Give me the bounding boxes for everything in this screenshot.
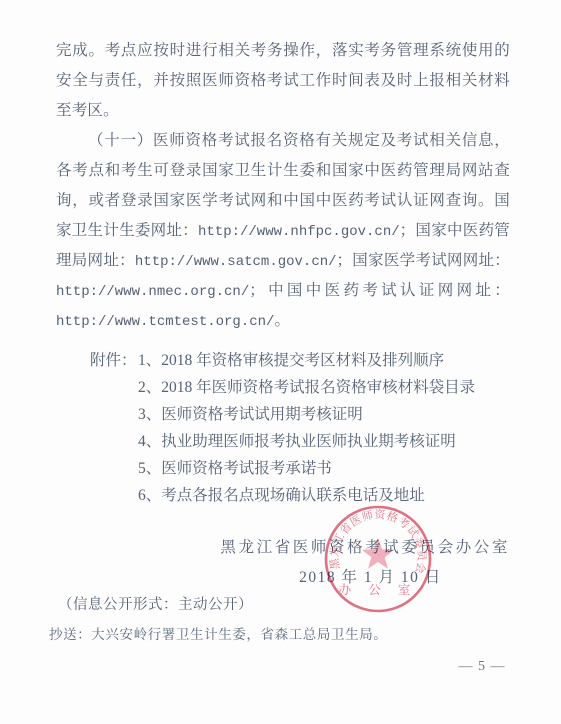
attachments-label: 附件： <box>90 348 137 370</box>
body-line-8-text: 理局网址： <box>56 252 135 269</box>
attachment-item-5: 5、医师资格考试报考承诺书 <box>138 456 332 478</box>
body-line-3: 至考区。 <box>56 101 510 123</box>
page-number: — 5 — <box>452 659 512 675</box>
attachment-item-4: 4、执业助理医师报考执业医师执业期考核证明 <box>138 429 456 451</box>
body-line-4: （十一）医师资格考试报名资格有关规定及考试相关信息， <box>56 131 510 153</box>
signature-organization: 黑龙江省医师资格考试委员会办公室 <box>220 535 510 557</box>
body-line-10: http://www.tcmtest.org.cn/。 <box>56 311 510 333</box>
url-tcmtest: http://www.tcmtest.org.cn/ <box>56 314 274 330</box>
body-line-6: 询，或者登录国家医学考试网和中国中医药考试认证网查询。国 <box>56 191 510 213</box>
url-satcm: http://www.satcm.gov.cn/ <box>135 254 337 270</box>
body-line-1: 完成。考点应按时进行相关考务操作，落实考务管理系统使用的 <box>56 41 510 63</box>
info-disclosure-line: （信息公开形式：主动公开） <box>58 593 253 614</box>
document-page: 完成。考点应按时进行相关考务操作，落实考务管理系统使用的 安全与责任，并按照医师… <box>0 0 561 724</box>
body-line-9-text: ；中国中医药考试认证网网址： <box>249 282 510 299</box>
url-nhfpc: http://www.nhfpc.gov.cn/ <box>198 224 400 240</box>
official-seal: 黑龙江省医师资格考试委员会 办 公 室 <box>316 497 440 621</box>
url-nmec: http://www.nmec.org.cn/ <box>56 284 249 300</box>
signature-date: 2018 年 1 月 10 日 <box>278 565 463 587</box>
body-line-7-text: 家卫生计生委网址： <box>56 222 198 239</box>
body-line-9: http://www.nmec.org.cn/；中国中医药考试认证网网址： <box>56 281 510 303</box>
body-line-5: 各考点和考生可登录国家卫生计生委和国家中医药管理局网站查 <box>56 161 510 183</box>
body-line-8: 理局网址：http://www.satcm.gov.cn/；国家医学考试网网址： <box>56 251 510 273</box>
seal-ring <box>326 507 430 611</box>
body-line-7: 家卫生计生委网址：http://www.nhfpc.gov.cn/；国家中医药管 <box>56 221 510 243</box>
attachment-item-2: 2、2018 年医师资格考试报名资格审核材料袋目录 <box>138 375 475 397</box>
body-line-10-text: 。 <box>274 312 290 329</box>
attachment-item-3: 3、医师资格考试试用期考核证明 <box>138 402 363 424</box>
body-line-8-text-b: ；国家医学考试网网址： <box>337 252 510 269</box>
body-line-2: 安全与责任，并按照医师资格考试工作时间表及时上报相关材料 <box>56 71 510 93</box>
cc-line: 抄送：大兴安岭行署卫生计生委，省森工总局卫生局。 <box>49 623 387 643</box>
attachment-item-1: 1、2018 年资格审核提交考区材料及排列顺序 <box>138 348 444 370</box>
body-line-7-text-b: ；国家中医药管 <box>400 222 510 239</box>
attachment-item-6: 6、考点各报名点现场确认联系电话及地址 <box>138 483 425 505</box>
